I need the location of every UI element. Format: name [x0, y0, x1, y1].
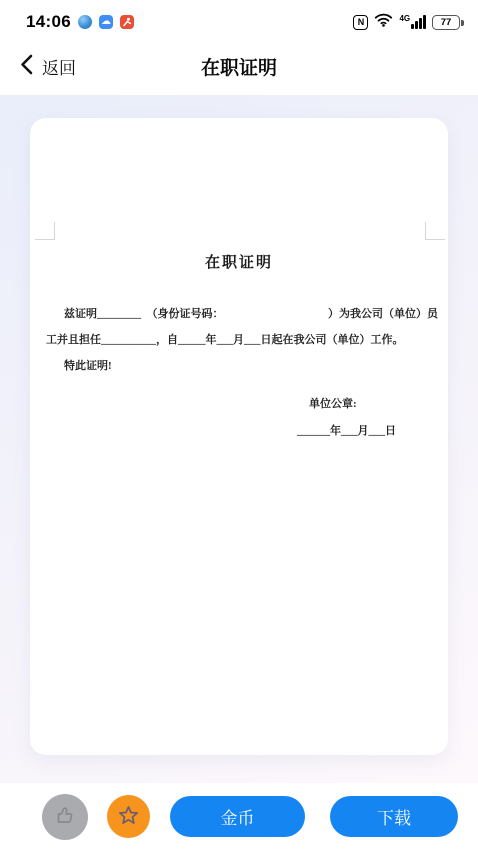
- signal-4g-icon: 4G: [399, 15, 426, 29]
- document-line: 特此证明!: [46, 353, 440, 379]
- globe-app-icon: [78, 15, 92, 29]
- status-bar-left: 14:06 ☁: [26, 12, 134, 32]
- document-line: 工并且担任__________，自_____年___月___日起在我公司（单位）…: [46, 327, 440, 353]
- document-title: 在职证明: [30, 118, 448, 271]
- red-app-icon: [120, 15, 134, 29]
- document-body: 兹证明________ （身份证号码： ）为我公司（单位）员 工并且担任____…: [30, 301, 448, 379]
- date-line: ______年___月___日: [297, 418, 396, 445]
- battery-percent: 77: [441, 17, 452, 28]
- app-screen: 14:06 ☁ N 4G 77: [0, 0, 478, 850]
- coins-button[interactable]: 金币: [170, 796, 305, 837]
- header: 在职证明 返回: [0, 38, 478, 95]
- page-margin-mark-left: [35, 222, 55, 240]
- favorite-button[interactable]: [107, 795, 150, 838]
- chevron-left-icon: [20, 54, 33, 80]
- company-seal-label: 单位公章:: [309, 391, 396, 418]
- cloud-app-icon: ☁: [99, 15, 113, 29]
- network-type-label: 4G: [399, 14, 410, 23]
- document-line: 兹证明________ （身份证号码： ）为我公司（单位）员: [46, 301, 440, 327]
- clock: 14:06: [26, 12, 71, 32]
- status-bar-right: N 4G 77: [353, 12, 464, 32]
- download-button[interactable]: 下载: [330, 796, 458, 837]
- battery-icon: 77: [432, 15, 460, 30]
- content-area: 在职证明 兹证明________ （身份证号码： ）为我公司（单位）员 工并且担…: [0, 95, 478, 783]
- signature-block: 单位公章: ______年___月___日: [297, 391, 396, 445]
- bottom-action-bar: 金币 下载: [0, 783, 478, 850]
- status-bar: 14:06 ☁ N 4G 77: [0, 0, 478, 38]
- star-icon: [117, 804, 140, 830]
- thumbs-up-icon: [53, 803, 77, 830]
- document-preview-card: 在职证明 兹证明________ （身份证号码： ）为我公司（单位）员 工并且担…: [30, 118, 448, 755]
- like-button[interactable]: [42, 794, 88, 840]
- nfc-icon: N: [353, 15, 368, 30]
- back-button[interactable]: 返回: [20, 54, 76, 80]
- back-label: 返回: [42, 54, 76, 79]
- wifi-icon: [374, 12, 393, 32]
- page-margin-mark-right: [425, 222, 445, 240]
